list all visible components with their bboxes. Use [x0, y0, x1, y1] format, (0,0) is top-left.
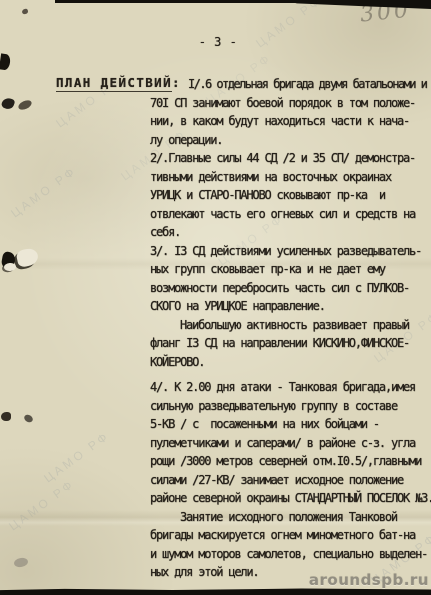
document-scan: ЦАМО РФЦАМО РФЦАМО РФЦАМО РФЦАМО РФЦАМО …	[0, 0, 431, 595]
text-line: районе северной окраины СТАНДАРТНЫЙ ПОСЕ…	[150, 489, 431, 508]
text-line: пулеметчиками и саперами/ в районе с-з. …	[150, 434, 431, 453]
paper-damage	[23, 413, 34, 424]
text-line: и шумом моторов самолетов, специально вы…	[150, 545, 431, 564]
text-line: сильную разведывательную группу в состав…	[150, 397, 431, 416]
text-line: ных групп сковывает пр-ка и не дает ему	[150, 260, 431, 279]
paper-damage	[1, 251, 17, 269]
paragraph: Наибольшую активность развивает правыйфл…	[150, 316, 431, 372]
text-line: Занятие исходного положения Танковой	[150, 508, 431, 527]
scan-edge-top-corner	[282, 0, 431, 9]
text-line: 5-КВ / с посаженными на них бойцами -	[150, 415, 431, 434]
paper-damage	[21, 8, 28, 14]
text-line: СКОГО на УРИЦКОЕ направление.	[150, 297, 431, 316]
text-line: себя.	[150, 223, 431, 242]
paper-damage	[17, 98, 33, 111]
text-line: фланг I3 СД на направлении КИСКИНО,ФИНСК…	[150, 334, 431, 353]
paper-damage	[4, 262, 17, 271]
text-line: силами /27-КВ/ занимает исходное положен…	[150, 471, 431, 490]
paper-damage	[1, 412, 11, 421]
page-number: - 3 -	[188, 35, 248, 49]
text-line: тивными действиями на восточных окраинах	[150, 168, 431, 187]
text-line: возможности перебросить часть сил с ПУЛК…	[150, 279, 431, 298]
site-watermark: aroundspb.ru	[309, 571, 429, 589]
paragraph: I/.6 отдельная бригада двумя батальонами…	[150, 75, 431, 149]
text-line: 70I СП занимают боевой порядок в том пол…	[150, 94, 431, 113]
text-line: 4/. К 2.00 дня атаки - Танковая бригада,…	[150, 378, 431, 397]
archive-watermark: ЦАМО РФ	[6, 477, 77, 534]
text-line: 2/.Главные силы 44 СД /2 и 35 СП/ демонс…	[150, 149, 431, 168]
document-body: I/.6 отдельная бригада двумя батальонами…	[150, 75, 431, 582]
paper-damage	[0, 53, 11, 70]
text-line: бригады маскируется огнем минометного ба…	[150, 526, 431, 545]
paper-damage	[15, 247, 39, 268]
text-line: нии, в каком будут находиться части к на…	[150, 112, 431, 131]
archive-watermark: ЦАМО РФ	[41, 429, 112, 486]
paragraph: 4/. К 2.00 дня атаки - Танковая бригада,…	[150, 378, 431, 508]
archive-watermark: ЦАМО РФ	[253, 0, 324, 50]
text-line: Наибольшую активность развивает правый	[150, 316, 431, 335]
paper-damage	[13, 557, 28, 568]
text-line: отвлекают часть его огневых сил и средст…	[150, 205, 431, 224]
paragraph: 3/. I3 СД действиями усиленных разведыва…	[150, 242, 431, 316]
paper-damage	[0, 96, 15, 110]
paragraph: 2/.Главные силы 44 СД /2 и 35 СП/ демонс…	[150, 149, 431, 242]
text-line: рощи /3000 метров северней отм.I0.5/,гла…	[150, 452, 431, 471]
text-line: КОЙЕРОВО.	[150, 353, 431, 372]
text-line: I/.6 отдельная бригада двумя батальонами…	[150, 75, 431, 94]
text-line: УРИЦК и СТАРО-ПАНОВО сковывают пр-ка и	[150, 186, 431, 205]
archive-watermark: ЦАМО РФ	[8, 164, 79, 221]
text-line: лу операции.	[150, 131, 431, 150]
text-line: 3/. I3 СД действиями усиленных разведыва…	[150, 242, 431, 261]
scan-edge-bottom	[0, 588, 431, 595]
